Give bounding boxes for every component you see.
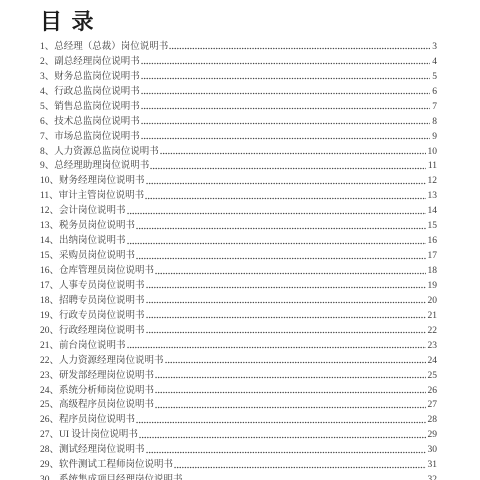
toc-entry-page-number: 22 [428, 326, 438, 336]
toc-entry-page-number: 9 [432, 132, 437, 142]
toc-entry-page-number: 5 [432, 72, 437, 82]
toc-title: 目 录 [40, 9, 96, 35]
toc-entry-label: 4、行政总监岗位说明书 [40, 87, 140, 97]
toc-entry-label: 28、测试经理岗位说明书 [40, 445, 145, 455]
toc-entry-label: 22、人力资源经理岗位说明书 [40, 356, 164, 366]
toc-entry[interactable]: 12、会计岗位说明书14 [40, 203, 437, 218]
toc-entry-label: 15、采购员岗位说明书 [40, 251, 135, 261]
dotted-leader [146, 286, 426, 289]
toc-entry-label: 10、财务经理岗位说明书 [40, 176, 145, 186]
toc-entry-page-number: 4 [432, 57, 437, 67]
toc-entry-page-number: 32 [428, 475, 438, 480]
dotted-leader [141, 137, 430, 140]
toc-entry[interactable]: 6、技术总监岗位说明书8 [40, 114, 437, 129]
toc-entry-label: 27、UI 设计岗位说明书 [40, 430, 138, 440]
toc-entry[interactable]: 22、人力资源经理岗位说明书24 [40, 353, 437, 368]
toc-entry-label: 6、技术总监岗位说明书 [40, 117, 140, 127]
dotted-leader [146, 182, 426, 185]
toc-entry-page-number: 11 [428, 161, 437, 171]
toc-entry[interactable]: 5、销售总监岗位说明书7 [40, 99, 437, 114]
toc-entry-label: 13、税务员岗位说明书 [40, 221, 135, 231]
dotted-leader [136, 257, 425, 260]
toc-entry[interactable]: 10、财务经理岗位说明书12 [40, 173, 437, 188]
toc-entry-label: 26、程序员岗位说明书 [40, 415, 135, 425]
toc-entry[interactable]: 2、副总经理岗位说明书4 [40, 54, 437, 69]
toc-entry[interactable]: 29、软件测试工程师岗位说明书31 [40, 457, 437, 472]
dotted-leader [165, 361, 426, 364]
toc-entry-label: 3、财务总监岗位说明书 [40, 72, 140, 82]
toc-entry-label: 30、系统集成项目经理岗位说明书 [40, 475, 183, 480]
toc-entry-label: 16、仓库管理员岗位说明书 [40, 266, 154, 276]
dotted-leader [146, 331, 426, 334]
dotted-leader [155, 272, 425, 275]
toc-entry[interactable]: 1、总经理（总裁）岗位说明书3 [40, 39, 437, 54]
toc-entry[interactable]: 7、市场总监岗位说明书9 [40, 129, 437, 144]
dotted-leader [136, 227, 425, 230]
toc-entry-label: 5、销售总监岗位说明书 [40, 102, 140, 112]
dotted-leader [141, 122, 430, 125]
toc-entry-label: 20、行政经理岗位说明书 [40, 326, 145, 336]
toc-entry[interactable]: 11、审计主管岗位说明书13 [40, 188, 437, 203]
toc-list: 1、总经理（总裁）岗位说明书32、副总经理岗位说明书43、财务总监岗位说明书54… [40, 39, 437, 480]
toc-entry-page-number: 17 [428, 251, 438, 261]
dotted-leader [174, 466, 425, 469]
toc-entry-label: 12、会计岗位说明书 [40, 206, 126, 216]
toc-entry-label: 14、出纳岗位说明书 [40, 236, 126, 246]
toc-entry[interactable]: 24、系统分析师岗位说明书26 [40, 383, 437, 398]
toc-entry-page-number: 18 [428, 266, 438, 276]
document-page: 目 录 1、总经理（总裁）岗位说明书32、副总经理岗位说明书43、财务总监岗位说… [0, 0, 480, 480]
toc-entry-label: 8、人力资源总监岗位说明书 [40, 147, 159, 157]
dotted-leader [146, 301, 426, 304]
toc-entry-page-number: 16 [428, 236, 438, 246]
toc-entry-page-number: 29 [428, 430, 438, 440]
toc-entry-label: 7、市场总监岗位说明书 [40, 132, 140, 142]
dotted-leader [155, 376, 425, 379]
toc-entry-label: 19、行政专员岗位说明书 [40, 311, 145, 321]
dotted-leader [127, 242, 426, 245]
toc-entry[interactable]: 14、出纳岗位说明书16 [40, 233, 437, 248]
toc-entry-page-number: 13 [428, 191, 438, 201]
dotted-leader [141, 92, 430, 95]
toc-entry[interactable]: 16、仓库管理员岗位说明书18 [40, 263, 437, 278]
toc-entry[interactable]: 13、税务员岗位说明书15 [40, 218, 437, 233]
toc-entry-page-number: 10 [428, 147, 438, 157]
toc-entry-page-number: 21 [428, 311, 438, 321]
toc-entry-page-number: 7 [432, 102, 437, 112]
dotted-leader [155, 391, 425, 394]
toc-entry-label: 25、高级程序员岗位说明书 [40, 400, 154, 410]
toc-entry-label: 2、副总经理岗位说明书 [40, 57, 140, 67]
toc-entry-label: 9、总经理助理岗位说明书 [40, 161, 149, 171]
dotted-leader [141, 62, 430, 65]
toc-entry[interactable]: 8、人力资源总监岗位说明书10 [40, 144, 437, 159]
toc-entry[interactable]: 3、财务总监岗位说明书5 [40, 69, 437, 84]
toc-entry[interactable]: 28、测试经理岗位说明书30 [40, 442, 437, 457]
toc-entry-page-number: 14 [428, 206, 438, 216]
toc-entry[interactable]: 9、总经理助理岗位说明书11 [40, 159, 437, 174]
toc-entry-page-number: 25 [428, 371, 438, 381]
toc-entry-page-number: 19 [428, 281, 438, 291]
dotted-leader [169, 47, 430, 50]
toc-entry-label: 1、总经理（总裁）岗位说明书 [40, 42, 168, 52]
toc-entry-page-number: 30 [428, 445, 438, 455]
dotted-leader [141, 77, 430, 80]
dotted-leader [127, 212, 426, 215]
toc-entry[interactable]: 19、行政专员岗位说明书21 [40, 308, 437, 323]
toc-entry[interactable]: 15、采购员岗位说明书17 [40, 248, 437, 263]
dotted-leader [127, 346, 426, 349]
toc-entry[interactable]: 4、行政总监岗位说明书6 [40, 84, 437, 99]
toc-entry[interactable]: 17、人事专员岗位说明书19 [40, 278, 437, 293]
toc-entry-page-number: 3 [432, 42, 437, 52]
toc-entry-label: 29、软件测试工程师岗位说明书 [40, 460, 173, 470]
toc-entry[interactable]: 20、行政经理岗位说明书22 [40, 323, 437, 338]
dotted-leader [155, 406, 425, 409]
toc-entry-page-number: 23 [428, 341, 438, 351]
toc-entry[interactable]: 21、前台岗位说明书23 [40, 338, 437, 353]
toc-entry-page-number: 6 [432, 87, 437, 97]
toc-entry-label: 18、招聘专员岗位说明书 [40, 296, 145, 306]
toc-entry[interactable]: 26、程序员岗位说明书28 [40, 412, 437, 427]
toc-entry-page-number: 15 [428, 221, 438, 231]
dotted-leader [146, 451, 426, 454]
dotted-leader [145, 197, 425, 200]
dotted-leader [139, 436, 426, 439]
toc-entry-label: 23、研发部经理岗位说明书 [40, 371, 154, 381]
toc-entry-label: 11、审计主管岗位说明书 [40, 191, 144, 201]
toc-entry[interactable]: 25、高级程序员岗位说明书27 [40, 398, 437, 413]
toc-entry-page-number: 20 [428, 296, 438, 306]
toc-entry[interactable]: 30、系统集成项目经理岗位说明书32 [40, 472, 437, 480]
toc-entry[interactable]: 18、招聘专员岗位说明书20 [40, 293, 437, 308]
toc-entry-page-number: 24 [428, 356, 438, 366]
toc-entry-page-number: 31 [428, 460, 438, 470]
toc-entry[interactable]: 23、研发部经理岗位说明书25 [40, 368, 437, 383]
dotted-leader [160, 152, 426, 155]
dotted-leader [141, 107, 430, 110]
dotted-leader [136, 421, 425, 424]
toc-entry-label: 24、系统分析师岗位说明书 [40, 386, 154, 396]
dotted-leader [150, 167, 426, 170]
toc-entry-page-number: 12 [428, 176, 438, 186]
toc-entry[interactable]: 27、UI 设计岗位说明书29 [40, 427, 437, 442]
toc-entry-page-number: 8 [432, 117, 437, 127]
toc-entry-page-number: 27 [428, 400, 438, 410]
toc-entry-label: 21、前台岗位说明书 [40, 341, 126, 351]
toc-entry-page-number: 26 [428, 386, 438, 396]
toc-entry-label: 17、人事专员岗位说明书 [40, 281, 145, 291]
dotted-leader [146, 316, 426, 319]
toc-entry-page-number: 28 [428, 415, 438, 425]
